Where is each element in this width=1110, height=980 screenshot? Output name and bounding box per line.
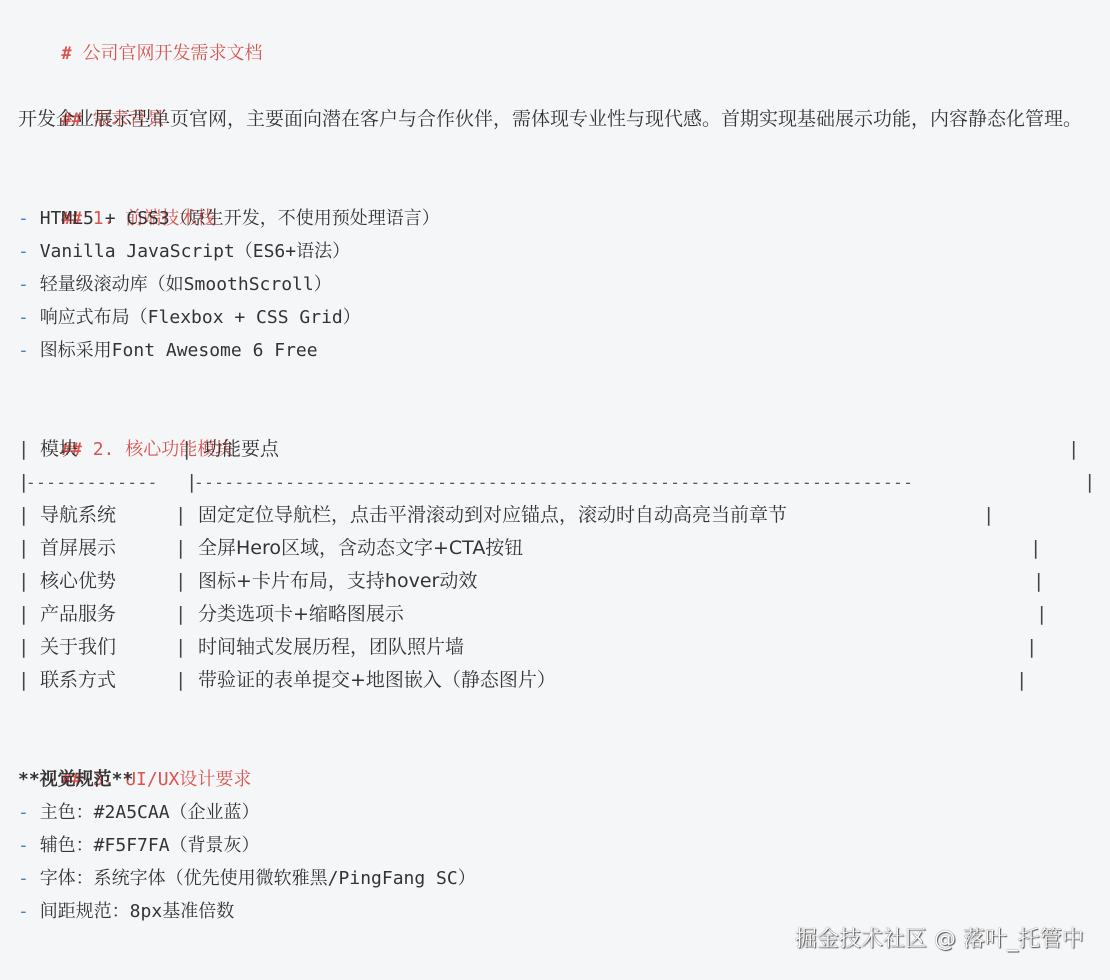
section-heading-background: ## 需求背景 (18, 70, 1110, 103)
watermark: 掘金技术社区 @ 落叶_托管中 (795, 922, 1084, 953)
list-item: - 字体：系统字体（优先使用微软雅黑/PingFang SC） (18, 862, 1110, 895)
heading-mark: # (61, 44, 71, 64)
background-paragraph: 开发企业展示型单页官网，主要面向潜在客户与合作伙伴，需体现专业性与现代感。首期实… (18, 103, 1093, 136)
list-item: - Vanilla JavaScript（ES6+语法） (18, 235, 1110, 268)
table-row: | 联系方式 | 带验证的表单提交+地图嵌入（静态图片） | (18, 664, 1110, 697)
list-item: - 响应式布局（Flexbox + CSS Grid） (18, 301, 1110, 334)
list-marker: - (18, 307, 29, 328)
table-header-row: | 模块 | 功能要点 | (18, 433, 1110, 466)
document-title: # 公司官网开发需求文档 (18, 4, 1110, 37)
list-marker: - (18, 208, 29, 229)
table-header-module: 模块 (40, 433, 78, 466)
section-heading-modules: ## 2. 核心功能模块 (18, 400, 1110, 433)
list-marker: - (18, 901, 29, 922)
section-heading-tech-stack: ## 1. 前端技术栈 (18, 169, 1110, 202)
list-item: - 图标采用Font Awesome 6 Free (18, 334, 1110, 367)
list-marker: - (18, 340, 29, 361)
table-header-points: 功能要点 (203, 433, 279, 466)
table-row: | 关于我们 | 时间轴式发展历程，团队照片墙 | (18, 631, 1110, 664)
section-heading-uiux: ## 3. UI/UX设计要求 (18, 730, 1110, 763)
list-item: - 轻量级滚动库（如SmoothScroll） (18, 268, 1110, 301)
table-row: | 导航系统 | 固定定位导航栏，点击平滑滚动到对应锚点，滚动时自动高亮当前章节… (18, 499, 1110, 532)
table-separator-row: | ------------- | ----------------------… (18, 466, 1110, 499)
list-marker: - (18, 241, 29, 262)
table-row: | 首屏展示 | 全屏Hero区域，含动态文字+CTA按钮 | (18, 532, 1110, 565)
list-item: - HTML5 + CSS3（原生开发，不使用预处理语言） (18, 202, 1110, 235)
list-item: - 主色：#2A5CAA（企业蓝） (18, 796, 1110, 829)
table-row: | 核心优势 | 图标+卡片布局，支持hover动效 | (18, 565, 1110, 598)
list-marker: - (18, 274, 29, 295)
list-item: - 辅色：#F5F7FA（背景灰） (18, 829, 1110, 862)
table-row: | 产品服务 | 分类选项卡+缩略图展示 | (18, 598, 1110, 631)
markdown-document: # 公司官网开发需求文档 ## 需求背景 开发企业展示型单页官网，主要面向潜在客… (18, 4, 1110, 928)
